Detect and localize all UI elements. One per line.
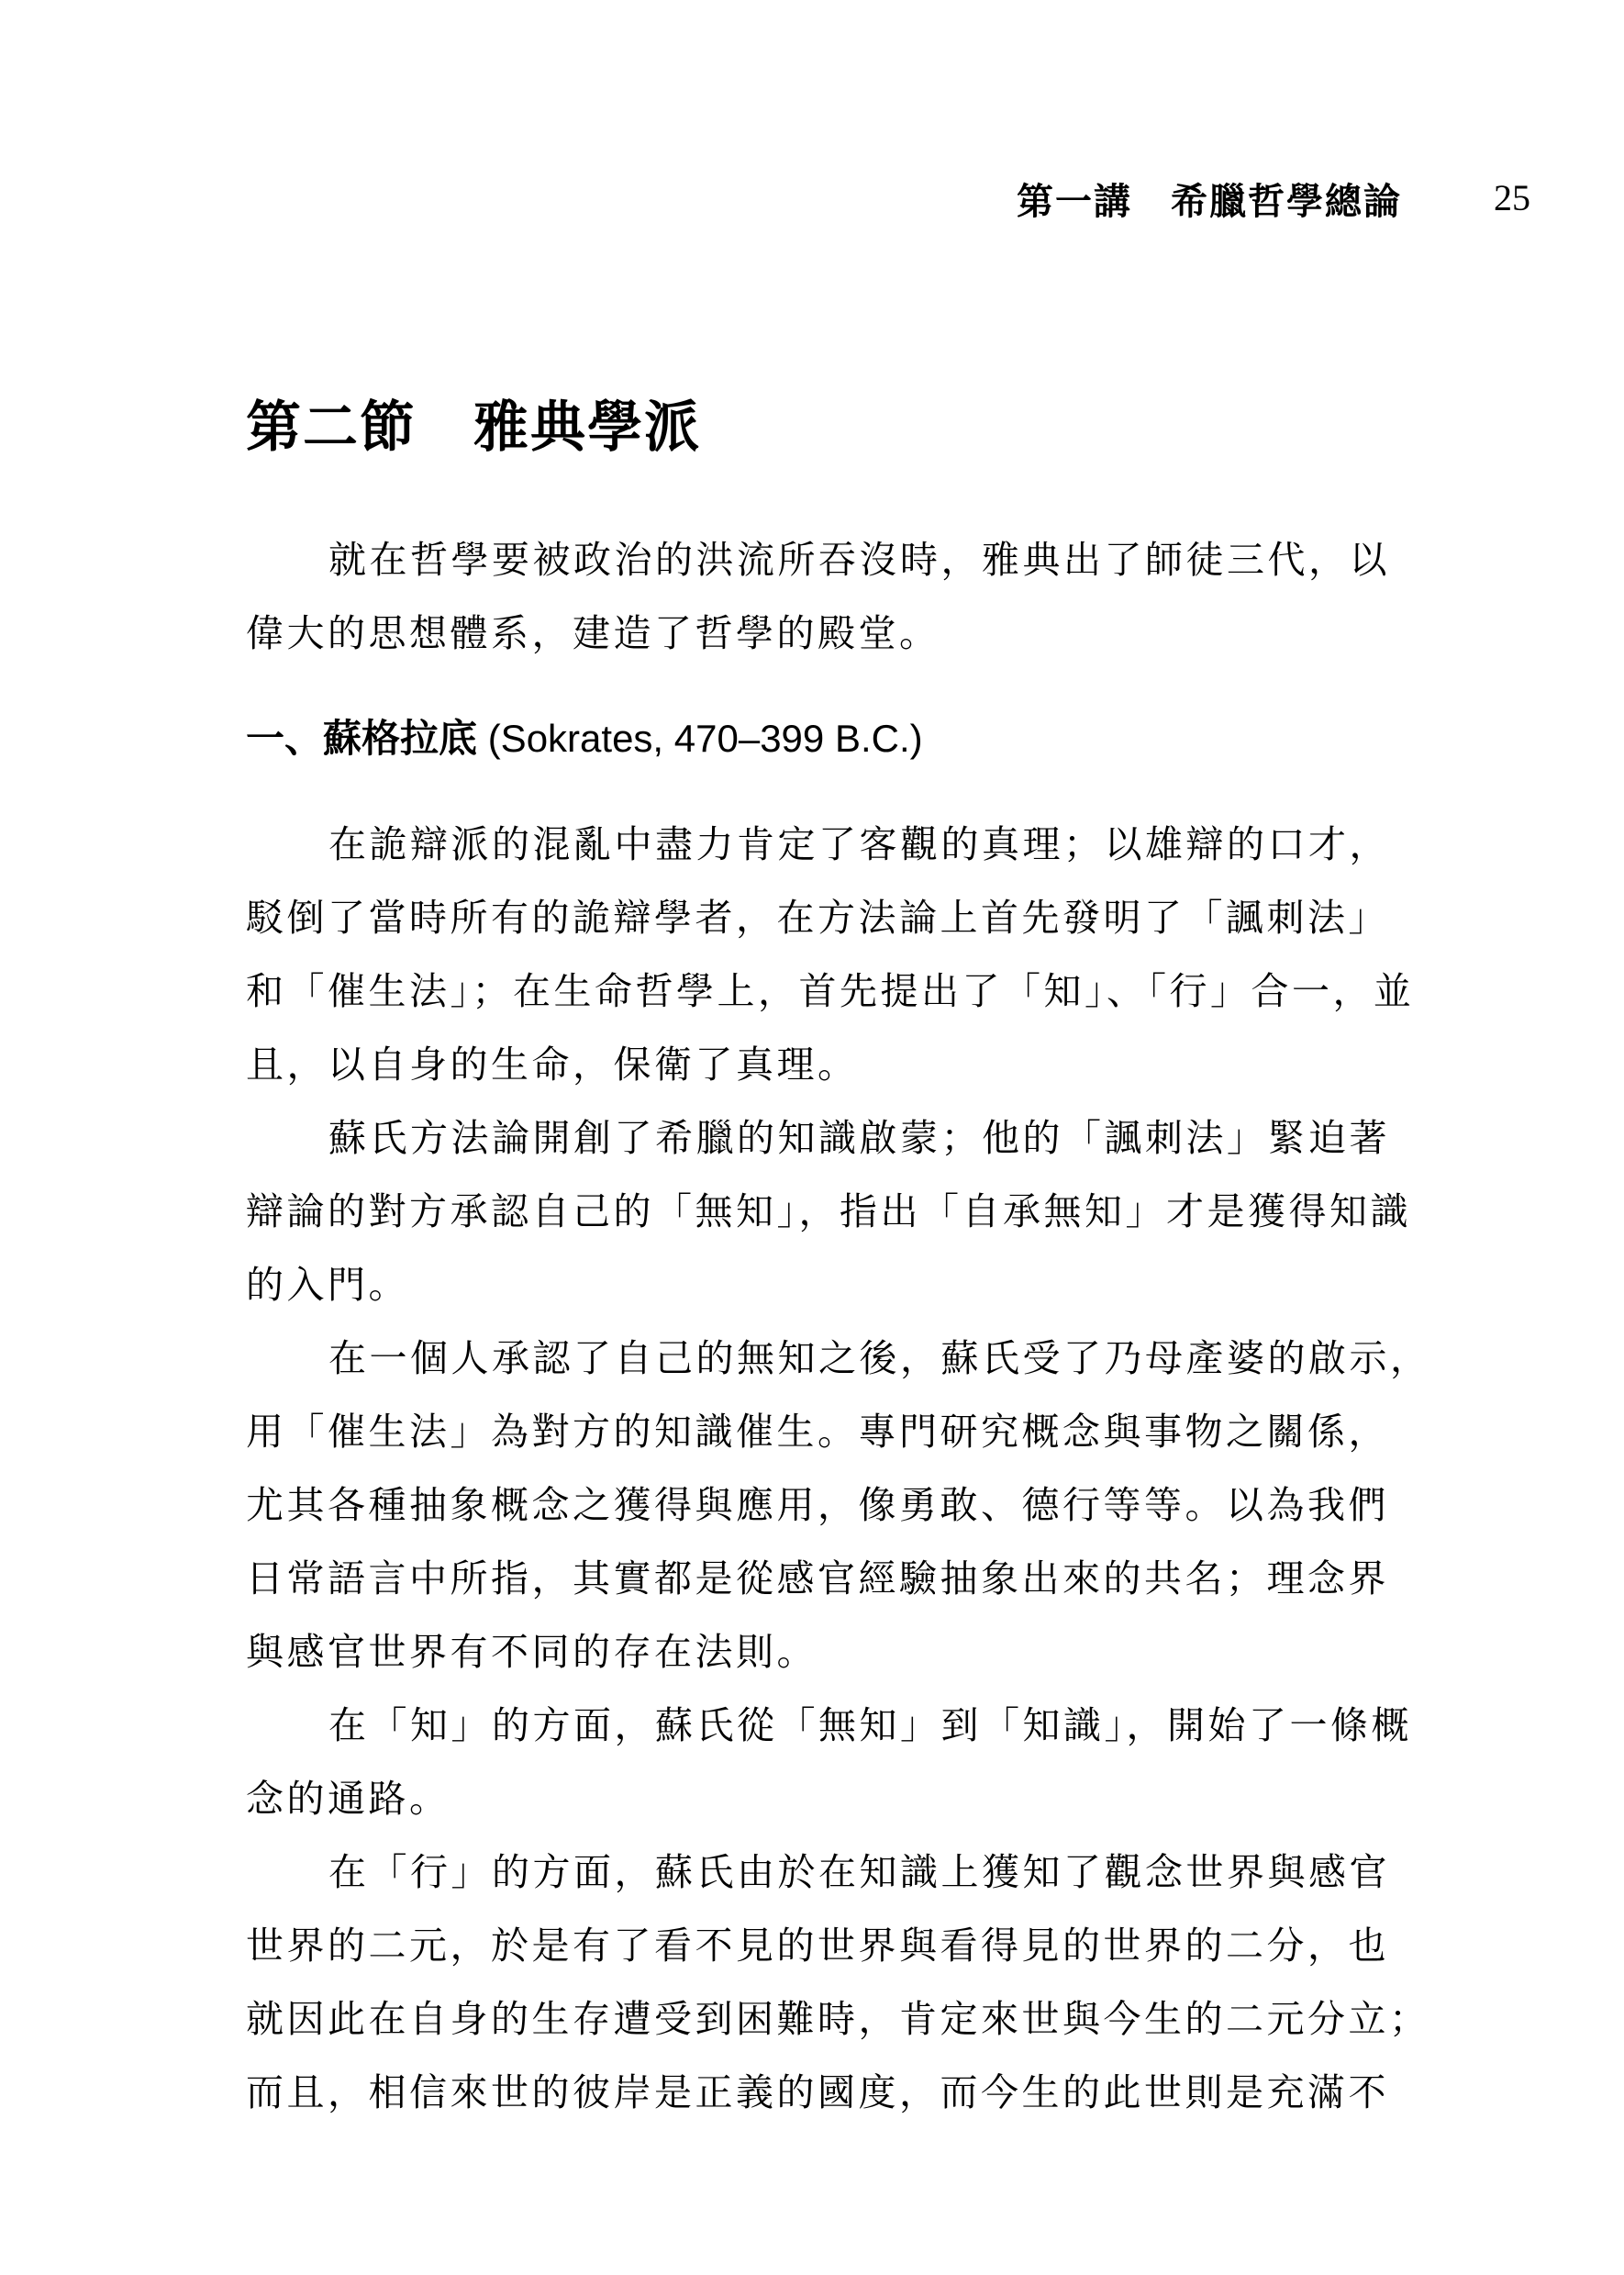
running-header: 第一講 希臘哲學總論 25 — [1017, 173, 1530, 228]
text-line: 駁倒了當時所有的詭辯學者，在方法論上首先發明了「諷刺法」 — [246, 895, 1389, 941]
text-line: 就因此在自身的生存遭受到困難時，肯定來世與今生的二元分立； — [246, 1996, 1430, 2042]
subsection-heading: 一、蘇格拉底 (Sokrates, 470–399 B.C.) — [246, 708, 923, 764]
text-line: 日常語言中所指，其實都是從感官經驗抽象出來的共名；理念界 — [246, 1556, 1389, 1601]
text-line: 就在哲學要被政治的洪流所吞沒時，雅典出了師徒三代，以 — [328, 537, 1390, 583]
text-line: 尤其各種抽象概念之獲得與應用，像勇敢、德行等等。以為我們 — [246, 1482, 1389, 1528]
page-number: 25 — [1494, 176, 1530, 219]
text-line: 和「催生法」；在生命哲學上，首先提出了「知」、「行」合一，並 — [246, 968, 1415, 1014]
text-line: 世界的二元，於是有了看不見的世界與看得見的世界的二分，也 — [246, 1923, 1389, 1968]
text-line: 而且，相信來世的彼岸是正義的國度，而今生的此世則是充滿不 — [246, 2069, 1389, 2115]
section-title: 第二節 雅典學派 — [246, 384, 701, 463]
text-line: 與感官世界有不同的存在法則。 — [246, 1629, 818, 1675]
text-line: 辯論的對方承認自己的「無知」，指出「自承無知」才是獲得知識 — [246, 1188, 1411, 1234]
text-line: 在「行」的方面，蘇氏由於在知識上獲知了觀念世界與感官 — [328, 1849, 1390, 1895]
subsection-number: 一、 — [246, 716, 323, 761]
subsection-name: 蘇格拉底 — [323, 716, 477, 761]
subsection-latin-name: (Sokrates, 470–399 B.C.) — [477, 717, 923, 760]
text-line: 用「催生法」為對方的知識催生。專門研究概念與事物之關係， — [246, 1409, 1389, 1455]
text-line: 在一個人承認了自己的無知之後，蘇氏受了乃母產婆的啟示， — [328, 1335, 1431, 1381]
text-line: 在詭辯派的混亂中盡力肯定了客觀的真理；以雄辯的口才， — [328, 821, 1390, 867]
text-line: 的入門。 — [246, 1262, 409, 1308]
text-line: 蘇氏方法論開創了希臘的知識啟蒙；他的「諷刺法」緊迫著 — [328, 1115, 1390, 1161]
text-line: 且，以自身的生命，保衛了真理。 — [246, 1042, 859, 1087]
text-line: 偉大的思想體系，建造了哲學的殿堂。 — [246, 610, 940, 656]
chapter-title: 第一講 希臘哲學總論 — [1017, 173, 1402, 225]
text-line: 念的通路。 — [246, 1776, 450, 1822]
text-line: 在「知」的方面，蘇氏從「無知」到「知識」，開始了一條概 — [328, 1702, 1412, 1748]
